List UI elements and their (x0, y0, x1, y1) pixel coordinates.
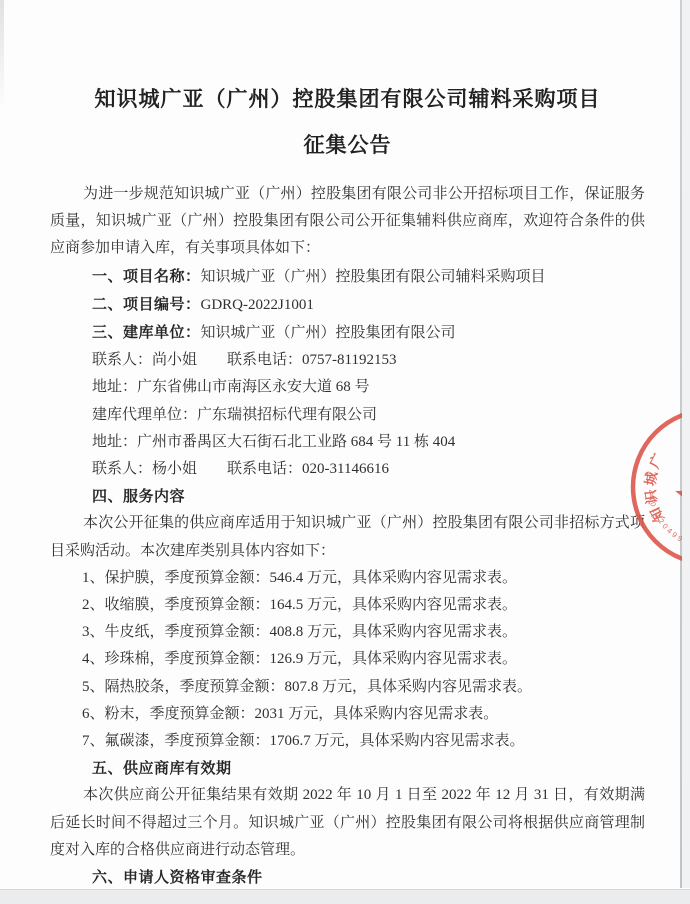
section-4-title: 四、服务内容 (92, 483, 645, 510)
contact-line-2: 联系人：杨小姐 联系电话：020-31146616 (92, 456, 645, 483)
agency-line: 建库代理单位：广东瑞祺招标代理有限公司 (92, 402, 645, 429)
depot-unit-line-label: 三、建库单位： (92, 324, 201, 341)
project-number-line: 二、项目编号：GDRQ-2022J1001 (92, 291, 645, 319)
scan-edge-left (0, 0, 4, 110)
item-7: 7、氟碳漆，季度预算金额：1706.7 万元，具体采购内容见需求表。 (82, 728, 645, 755)
company-seal: 知识城广亚 4401120499 (612, 398, 682, 570)
document-title-line2: 征集公告 (50, 130, 645, 160)
depot-unit-line: 三、建库单位：知识城广亚（广州）控股集团有限公司 (92, 319, 645, 347)
document-title-line1: 知识城广亚（广州）控股集团有限公司辅料采购项目 (50, 84, 645, 114)
project-name-line: 一、项目名称：知识城广亚（广州）控股集团有限公司辅料采购项目 (92, 263, 645, 291)
project-name-line-value: 知识城广亚（广州）控股集团有限公司辅料采购项目 (201, 269, 546, 285)
section-6-title: 六、申请人资格审查条件 (92, 864, 645, 891)
seal-star-icon (675, 462, 682, 538)
doc-lines: 一、项目名称：知识城广亚（广州）控股集团有限公司辅料采购项目二、项目编号：GDR… (50, 263, 645, 892)
intro-paragraph: 为进一步规范知识城广亚（广州）控股集团有限公司非公开招标项目工作，保证服务质量，… (50, 181, 645, 263)
section-4-para: 本次公开征集的供应商库适用于知识城广亚（广州）控股集团有限公司非招标方式项目采购… (50, 510, 645, 564)
address-line-2: 地址：广州市番禺区大石街石北工业路 684 号 11 栋 404 (92, 429, 645, 456)
item-6: 6、粉末，季度预算金额：2031 万元，具体采购内容见需求表。 (82, 701, 645, 728)
section-5-para: 本次供应商公开征集结果有效期 2022 年 10 月 1 日至 2022 年 1… (50, 782, 645, 864)
section-5-title: 五、供应商库有效期 (92, 755, 645, 782)
project-number-line-label: 二、项目编号： (92, 296, 201, 313)
item-1: 1、保护膜，季度预算金额：546.4 万元，具体采购内容见需求表。 (82, 565, 645, 592)
item-5: 5、隔热胶条，季度预算金额：807.8 万元，具体采购内容见需求表。 (82, 674, 645, 701)
depot-unit-line-value: 知识城广亚（广州）控股集团有限公司 (201, 325, 456, 341)
page-edge-margin (682, 0, 690, 888)
contact-line-1: 联系人：尚小姐 联系电话：0757-81192153 (92, 347, 645, 374)
seal-company-text: 知识城广亚 (612, 398, 668, 524)
item-4: 4、珍珠棉，季度预算金额：126.9 万元，具体采购内容见需求表。 (82, 646, 645, 673)
item-2: 2、收缩膜，季度预算金额：164.5 万元，具体采购内容见需求表。 (82, 592, 645, 619)
project-name-line-label: 一、项目名称： (92, 268, 201, 285)
svg-text:知识城广亚: 知识城广亚 (612, 398, 668, 524)
address-line-1: 地址：广东省佛山市南海区永安大道 68 号 (92, 374, 645, 401)
project-number-line-value: GDRQ-2022J1001 (201, 297, 314, 313)
document-page: 知识城广亚（广州）控股集团有限公司辅料采购项目 征集公告 为进一步规范知识城广亚… (50, 0, 645, 891)
item-3: 3、牛皮纸，季度预算金额：408.8 万元，具体采购内容见需求表。 (82, 619, 645, 646)
